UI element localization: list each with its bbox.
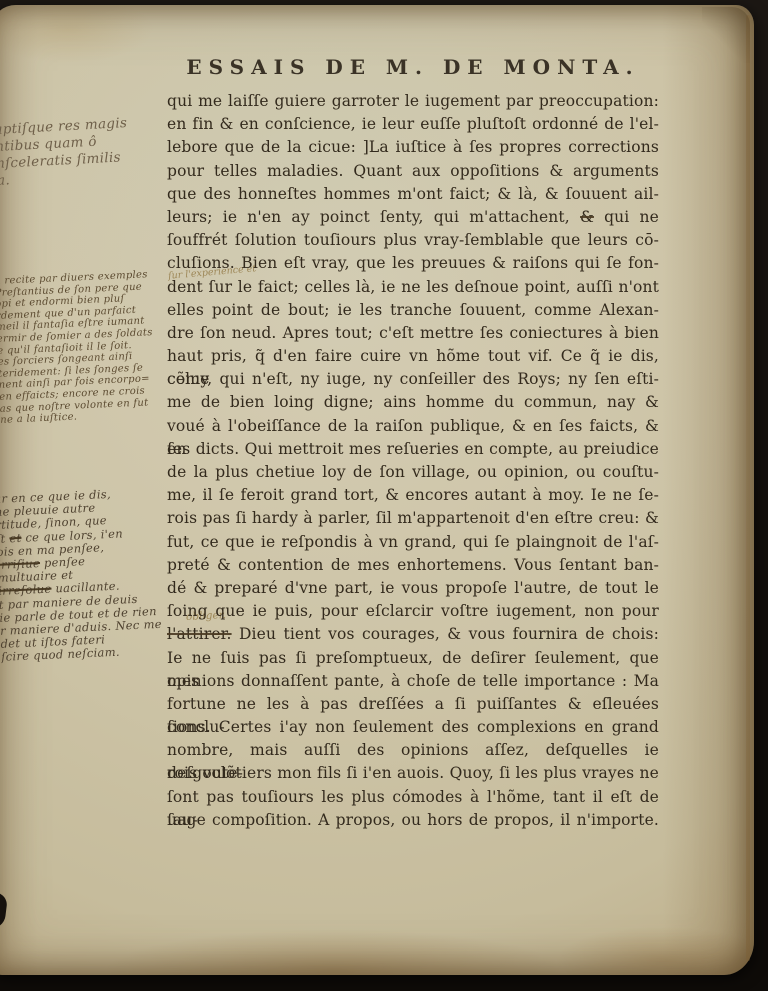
- printed-text-line: voué à l'obeiſſance de la raiſon publiqu…: [167, 415, 659, 438]
- printed-text-line: dre ſon neud. Apres tout; c'eſt mettre ſ…: [167, 322, 659, 345]
- printed-text-line: dé & preparé d'vne part, ie vous propoſe…: [167, 577, 659, 600]
- margin-note-bottom: ar en ce que ie dis,ne pleuuie autrertit…: [0, 485, 173, 664]
- margin-note-top: aptiſque res magisntibus quam ônſcelerat…: [0, 113, 169, 190]
- printed-text-line: uage compoſition. A propos, ou hors de p…: [167, 809, 659, 832]
- printed-text-line: lebore que de la cicue: ]La iuſtice à ſe…: [167, 136, 659, 159]
- printed-text-line: ſions. Certes i'ay non ſeulement des com…: [167, 716, 659, 739]
- printed-text-line: me, il ſe feroit grand tort, & encores a…: [167, 484, 659, 507]
- margin-note-middle: n recite par diuers exemplesPreſtantius …: [0, 268, 172, 426]
- printed-text-line: nombre, mais auſſi des opinions aſſez, d…: [167, 739, 659, 762]
- struck-text: &: [580, 208, 594, 226]
- printed-text-line: de la plus chetiue loy de ſon village, o…: [167, 461, 659, 484]
- running-header: ESSAIS DE M. DE MONTA.: [167, 55, 659, 79]
- page-corner-curl: [702, 7, 750, 63]
- printed-text-line: leurs; ie n'en ay poinct ſenty, qui m'at…: [167, 206, 659, 229]
- printed-text-block: qui me laiſſe guiere garroter le iugemen…: [167, 90, 659, 832]
- printed-text-line: opinions donnaſſent pante, à choſe de te…: [167, 670, 659, 693]
- printed-text-line: ſouffrét ſolution touſiours plus vray-ſe…: [167, 229, 659, 252]
- printed-text-line: haut pris, q̃ d'en faire cuire vn hõme t…: [167, 345, 659, 368]
- printed-text-line: rois pas ſi hardy à parler, ſil m'appart…: [167, 507, 659, 530]
- printed-text-line: rois volõtiers mon fils ſi i'en auois. Q…: [167, 762, 659, 785]
- printed-text-line: que des honneſtes hommes m'ont faict; & …: [167, 183, 659, 206]
- printed-text-line: me de bien loing digne; ains homme du co…: [167, 391, 659, 414]
- printed-text-line: cluſions. Bien eſt vray, que les preuues…: [167, 252, 659, 275]
- printed-text-line: elles point de bout; ie les tranche ſouu…: [167, 299, 659, 322]
- printed-text-line: fut, ce que ie reſpondis à vn grand, qui…: [167, 531, 659, 554]
- scanned-book-photo: ESSAIS DE M. DE MONTA. aptiſque res magi…: [0, 0, 768, 991]
- page-edge: [746, 15, 750, 961]
- printed-text-line: ſoing que ie puis, pour eſclarcir voſtre…: [167, 600, 659, 623]
- printed-text-line: qui me laiſſe guiere garroter le iugemen…: [167, 90, 659, 113]
- struck-text: l'attirer.: [167, 625, 232, 643]
- struck-text: et: [9, 530, 22, 545]
- printed-text-line: ſont pas touſiours les plus cómodes à l'…: [167, 786, 659, 809]
- printed-text-line: en fin & en conſcience, ie leur euſſe pl…: [167, 113, 659, 136]
- printed-text-line: dent ſur le faict; celles là, ie ne les …: [167, 276, 659, 299]
- printed-text-line: preté & contention de mes enhortemens. V…: [167, 554, 659, 577]
- printed-text-line: celuy, qui n'eſt, ny iuge, ny conſeiller…: [167, 368, 659, 391]
- printed-text-line: Ie ne ſuis pas ſi preſomptueux, de deſir…: [167, 647, 659, 670]
- printed-text-line: l'attirer. Dieu tient vos courages, & vo…: [167, 623, 659, 646]
- printed-text-line: fortune ne les à pas dreſſées a ſi puiſſ…: [167, 693, 659, 716]
- book-page: ESSAIS DE M. DE MONTA. aptiſque res magi…: [0, 5, 754, 975]
- printed-text-line: pour telles maladies. Quant aux oppoſiti…: [167, 160, 659, 183]
- printed-text-line: ſes dicts. Qui mettroit mes reſueries en…: [167, 438, 659, 461]
